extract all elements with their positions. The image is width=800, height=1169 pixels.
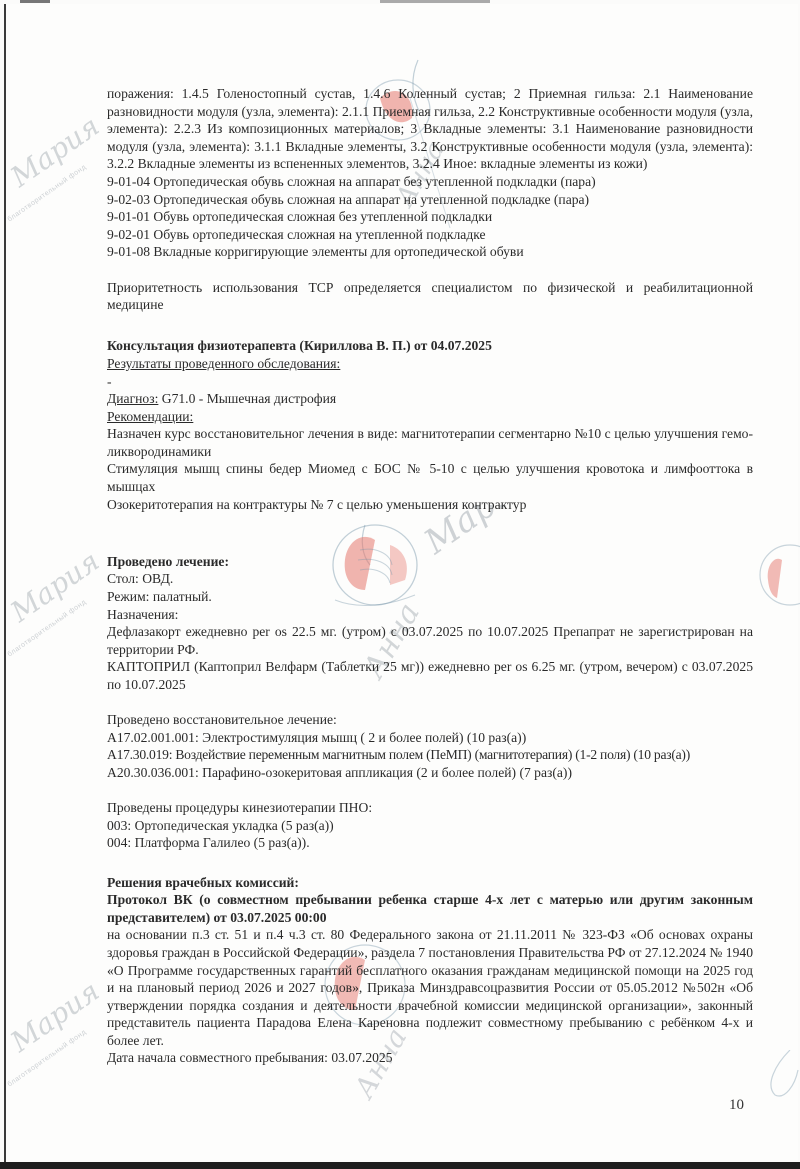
prescription-item: КАПТОПРИЛ (Каптоприл Велфарм (Таблетки 2…: [107, 658, 753, 693]
kinesio-item: 004: Платформа Галилео (5 раз(а)).: [107, 834, 753, 852]
scan-edge: [380, 0, 490, 3]
rehab-item: A20.30.036.001: Парафино-озокеритовая ап…: [107, 764, 753, 782]
scan-edge: [20, 0, 50, 3]
list-item: 9-01-04 Ортопедическая обувь сложная на …: [107, 173, 753, 191]
diagnosis-value: G71.0 - Мышечная дистрофия: [158, 391, 336, 406]
document-body: поражения: 1.4.5 Голеностопный сустав, 1…: [107, 85, 753, 1067]
diagnosis-label: Диагноз:: [107, 391, 158, 406]
protocol-title: Протокол ВК (о совместном пребывании реб…: [107, 891, 753, 926]
commission-title: Решения врачебных комиссий:: [107, 874, 753, 892]
list-item: 9-02-03 Ортопедическая обувь сложная на …: [107, 191, 753, 209]
page-number: 10: [729, 1097, 744, 1114]
consultation-title: Консультация физиотерапевта (Кириллова В…: [107, 337, 753, 355]
results-value: -: [107, 373, 753, 391]
kinesio-item: 003: Ортопедическая укладка (5 раз(а)): [107, 817, 753, 835]
diet-table: Стол: ОВД.: [107, 570, 753, 588]
list-item: 9-01-01 Обувь ортопедическая сложная без…: [107, 208, 753, 226]
recommendation-item: Стимуляция мышц спины бедер Миомед с БОС…: [107, 460, 753, 495]
kinesio-label: Проведены процедуры кинезиотерапии ПНО:: [107, 799, 753, 817]
list-item: 9-02-01 Обувь ортопедическая сложная на …: [107, 226, 753, 244]
prescription-item: Дефлазакорт ежедневно per os 22.5 мг. (у…: [107, 623, 753, 658]
recommendation-item: Озокеритотерапия на контрактуры № 7 с це…: [107, 496, 753, 514]
regime: Режим: палатный.: [107, 588, 753, 606]
treatment-title: Проведено лечение:: [107, 553, 753, 571]
protocol-text: на основании п.3 ст. 51 и п.4 ч.3 ст. 80…: [107, 926, 753, 1049]
prescriptions-label: Назначения:: [107, 606, 753, 624]
recommendations-label: Рекомендации:: [107, 408, 753, 426]
rehab-label: Проведено восстановительное лечение:: [107, 711, 753, 729]
recommendation-item: Назначен курс восстановительног лечения …: [107, 425, 753, 460]
intro-paragraph: поражения: 1.4.5 Голеностопный сустав, 1…: [107, 85, 753, 173]
rehab-item: A17.30.019: Воздействие переменным магни…: [107, 746, 753, 764]
rehab-item: A17.02.001.001: Электростимуляция мышц (…: [107, 729, 753, 747]
cohabitation-start-date: Дата начала совместного пребывания: 03.0…: [107, 1049, 753, 1067]
priority-note: Приоритетность использования ТСР определ…: [107, 279, 753, 314]
results-label: Результаты проведенного обследования:: [107, 355, 753, 373]
list-item: 9-01-08 Вкладные корригирующие элементы …: [107, 243, 753, 261]
scan-edge: [0, 1162, 800, 1169]
diagnosis-line: Диагноз: G71.0 - Мышечная дистрофия: [107, 390, 753, 408]
